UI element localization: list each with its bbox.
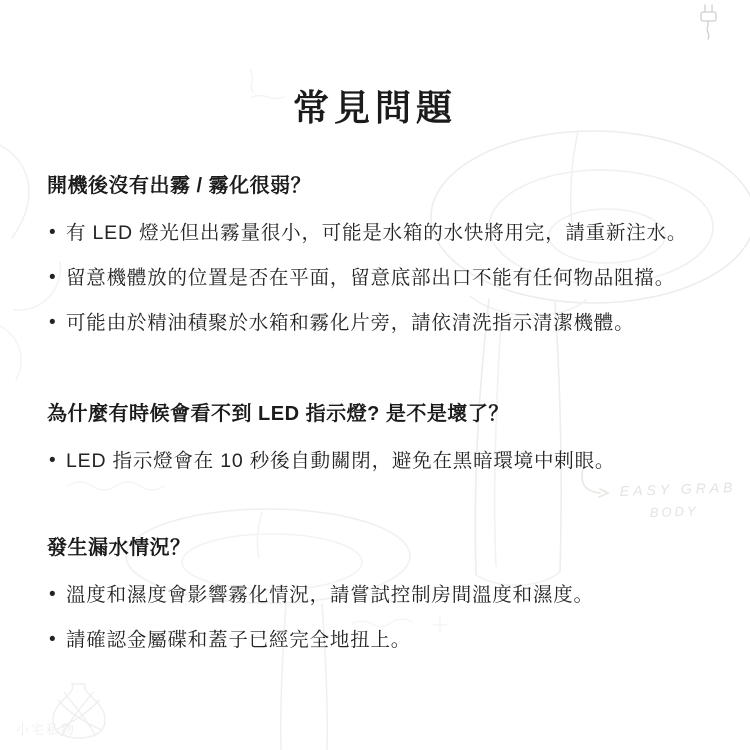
faq-content: 常見問題 開機後沒有出霧 / 霧化很弱？ 有 LED 燈光但出霧量很小，可能是水…: [0, 0, 750, 750]
faq-answer-list: 溫度和濕度會影響霧化情況，請嘗試控制房間溫度和濕度。 請確認金屬碟和蓋子已經完全…: [47, 583, 732, 653]
faq-question: 發生漏水情況？: [47, 535, 732, 561]
faq-answer-item: 有 LED 燈光但出霧量很小，可能是水箱的水快將用完，請重新注水。: [47, 221, 732, 246]
faq-question: 為什麼有時候會看不到 LED 指示燈? 是不是壞了？: [47, 401, 732, 427]
faq-answer-item: LED 指示燈會在 10 秒後自動關閉，避免在黑暗環境中剌眼。: [47, 449, 732, 474]
faq-section-led: 為什麼有時候會看不到 LED 指示燈? 是不是壞了？ LED 指示燈會在 10 …: [47, 401, 732, 474]
faq-section-no-mist: 開機後沒有出霧 / 霧化很弱？ 有 LED 燈光但出霧量很小，可能是水箱的水快將…: [47, 173, 732, 336]
faq-answer-item: 溫度和濕度會影響霧化情況，請嘗試控制房間溫度和濕度。: [47, 583, 732, 608]
faq-answer-item: 可能由於精油積聚於水箱和霧化片旁，請依清洗指示清潔機體。: [47, 311, 732, 336]
faq-question: 開機後沒有出霧 / 霧化很弱？: [47, 173, 732, 199]
faq-answer-item: 留意機體放的位置是否在平面，留意底部出口不能有任何物品阻擋。: [47, 266, 732, 291]
page-title: 常見問題: [0, 80, 750, 131]
faq-answer-list: 有 LED 燈光但出霧量很小，可能是水箱的水快將用完，請重新注水。 留意機體放的…: [47, 221, 732, 336]
faq-page: { "page": { "title": "常見問題" }, "sections…: [0, 0, 750, 750]
faq-section-leak: 發生漏水情況？ 溫度和濕度會影響霧化情況，請嘗試控制房間溫度和濕度。 請確認金屬…: [47, 535, 732, 653]
faq-answer-item: 請確認金屬碟和蓋子已經完全地扭上。: [47, 628, 732, 653]
faq-answer-list: LED 指示燈會在 10 秒後自動關閉，避免在黑暗環境中剌眼。: [47, 449, 732, 474]
